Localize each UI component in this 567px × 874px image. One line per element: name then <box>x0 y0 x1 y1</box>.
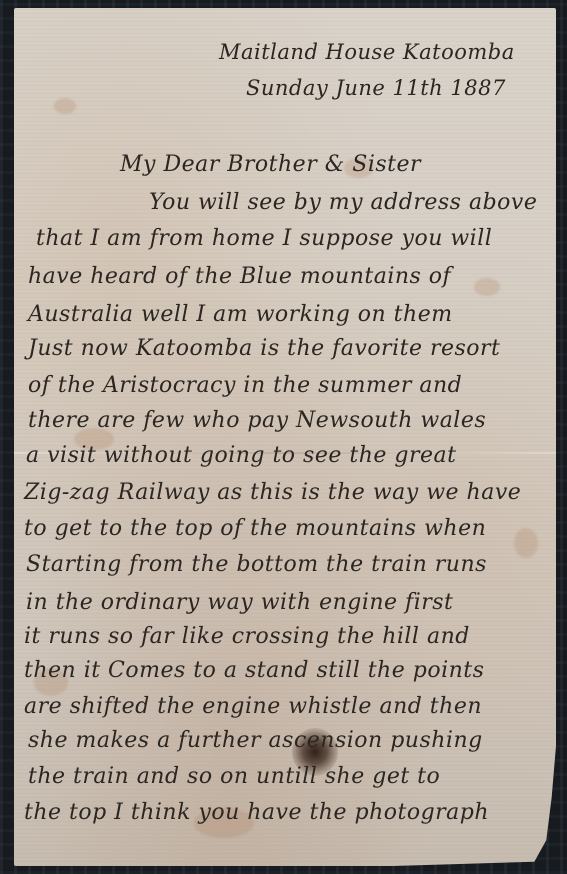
body-line: of the Aristocracy in the summer and <box>28 373 462 398</box>
body-line: have heard of the Blue mountains of <box>28 264 451 289</box>
body-line: the top I think you have the photograph <box>24 800 489 825</box>
salutation: My Dear Brother & Sister <box>120 152 421 177</box>
body-line: a visit without going to see the great <box>26 443 456 468</box>
foxing-spot <box>54 98 76 114</box>
header-address: Maitland House Katoomba <box>219 40 515 64</box>
body-line: Australia well I am working on them <box>28 302 453 327</box>
body-line: are shifted the engine whistle and then <box>24 694 482 719</box>
body-line: to get to the top of the mountains when <box>24 516 486 541</box>
letter-page: Maitland House Katoomba Sunday June 11th… <box>14 8 556 866</box>
header-date: Sunday June 11th 1887 <box>246 76 506 100</box>
body-line: Zig-zag Railway as this is the way we ha… <box>24 480 521 505</box>
body-line: there are few who pay Newsouth wales <box>28 408 486 433</box>
body-line: Starting from the bottom the train runs <box>26 552 487 577</box>
body-line: the train and so on untill she get to <box>28 764 440 789</box>
body-line: it runs so far like crossing the hill an… <box>24 624 470 649</box>
foxing-spot <box>474 278 500 296</box>
body-line: You will see by my address above <box>149 190 537 215</box>
foxing-spot <box>514 528 538 558</box>
body-line: in the ordinary way with engine first <box>26 590 453 615</box>
body-line: that I am from home I suppose you will <box>36 226 492 251</box>
body-line: then it Comes to a stand still the point… <box>24 658 484 683</box>
body-line: Just now Katoomba is the favorite resort <box>28 336 500 361</box>
body-line: she makes a further ascension pushing <box>28 728 483 753</box>
